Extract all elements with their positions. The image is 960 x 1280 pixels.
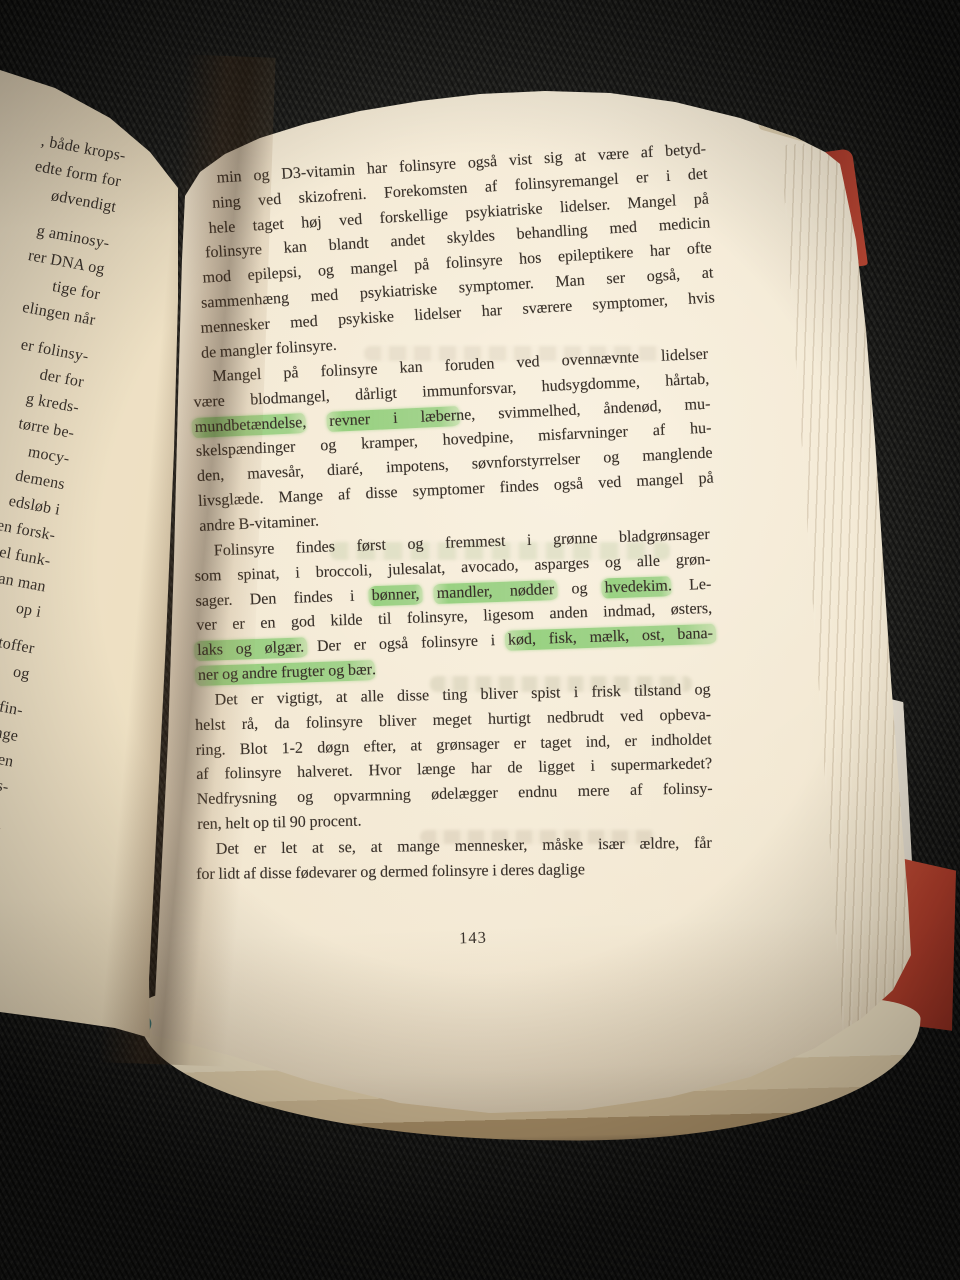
highlighted-text: hvedekim xyxy=(601,576,671,598)
paragraph: Folinsyre findes først og fremmest i grø… xyxy=(194,523,715,689)
paragraph: Det er vigtigt, at alle disse ting blive… xyxy=(194,678,713,838)
paragraph: Det er let at se, at mange mennesker, må… xyxy=(196,831,713,887)
photo-of-open-book: , både krops-edte form forødvendigtg ami… xyxy=(0,0,960,1280)
body-text: min og D3-vitamin har folinsyre også vis… xyxy=(196,168,712,887)
paragraph: Mangel på folinsyre kan foruden ved oven… xyxy=(192,343,715,540)
highlighted-text: kød, fisk, mælk, ost, bana- xyxy=(505,624,717,651)
page-number: 143 xyxy=(428,927,518,949)
highlighted-text: bønner, xyxy=(368,584,422,606)
highlighted-text: revner i læber xyxy=(326,406,460,432)
highlighted-text: mandler, nødder xyxy=(433,580,557,604)
